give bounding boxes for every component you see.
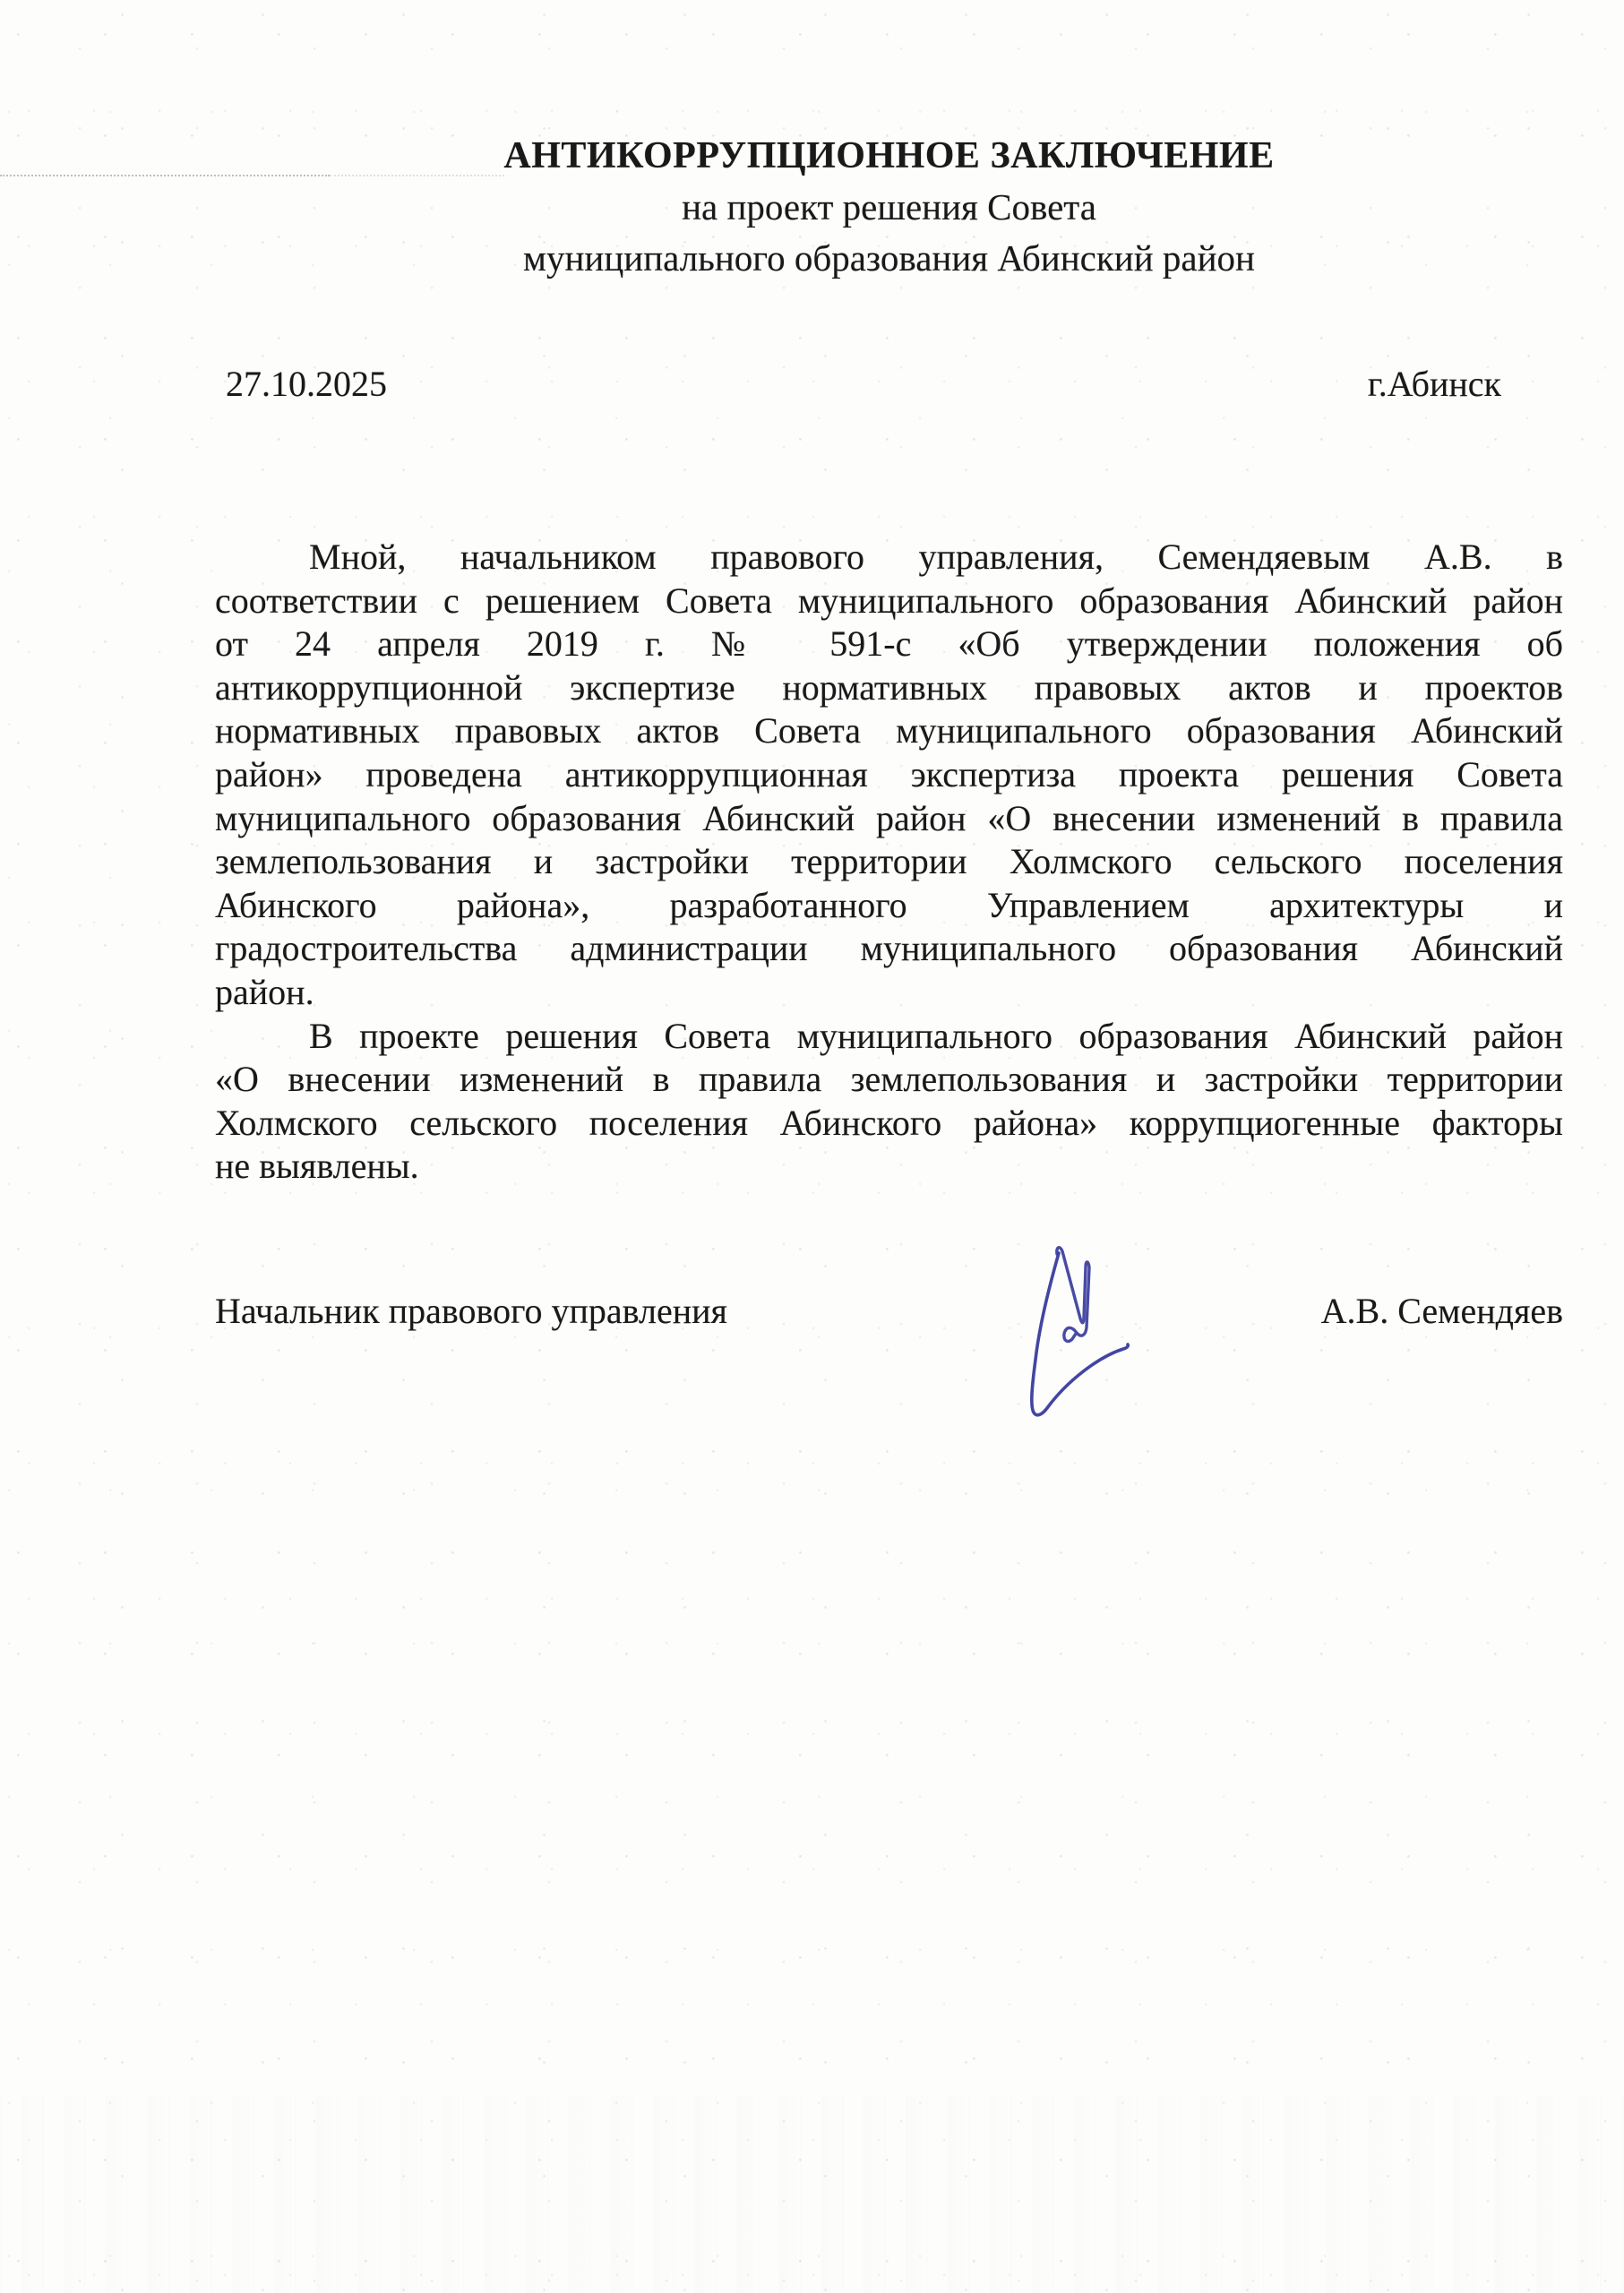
body-line: муниципального образования Абинский райо… [215, 797, 1563, 841]
signature-row: Начальник правового управления А.В. Семе… [215, 1290, 1563, 1332]
document-header: АНТИКОРРУПЦИОННОЕ ЗАКЛЮЧЕНИЕ на проект р… [215, 131, 1563, 284]
body-line: Холмского сельского поселения Абинского … [215, 1102, 1563, 1146]
document-date: 27.10.2025 [226, 363, 387, 405]
paragraph: Мной, начальником правового управления, … [215, 536, 1563, 1015]
document-title: АНТИКОРРУПЦИОННОЕ ЗАКЛЮЧЕНИЕ [215, 131, 1563, 182]
body-line: Мной, начальником правового управления, … [215, 536, 1563, 580]
document-subtitle-line2: муниципального образования Абинский райо… [215, 233, 1563, 284]
body-line: нормативных правовых актов Совета муници… [215, 709, 1563, 753]
signer-name: А.В. Семендяев [1321, 1290, 1563, 1332]
document-body: Мной, начальником правового управления, … [215, 536, 1563, 1189]
date-place-row: 27.10.2025 г.Абинск [215, 363, 1563, 405]
body-line: «О внесении изменений в правила землепол… [215, 1058, 1563, 1102]
body-line: район. [215, 971, 1563, 1015]
body-line: В проекте решения Совета муниципального … [215, 1015, 1563, 1059]
document-place: г.Абинск [1368, 363, 1501, 405]
document-subtitle-line1: на проект решения Совета [215, 182, 1563, 233]
signer-position-label: Начальник правового управления [215, 1290, 727, 1332]
body-line: соответствии с решением Совета муниципал… [215, 580, 1563, 623]
handwritten-signature [1012, 1234, 1147, 1440]
scanned-document-page: АНТИКОРРУПЦИОННОЕ ЗАКЛЮЧЕНИЕ на проект р… [0, 0, 1624, 2293]
body-line: от 24 апреля 2019 г. № 591-с «Об утвержд… [215, 623, 1563, 666]
body-line: антикоррупционной экспертизе нормативных… [215, 666, 1563, 710]
body-line: район» проведена антикоррупционная экспе… [215, 753, 1563, 797]
paragraph: В проекте решения Совета муниципального … [215, 1015, 1563, 1189]
body-line: не выявлены. [215, 1145, 1563, 1189]
body-line: градостроительства администрации муницип… [215, 927, 1563, 971]
body-line: Абинского района», разработанного Управл… [215, 884, 1563, 928]
body-line: землепользования и застройки территории … [215, 840, 1563, 884]
